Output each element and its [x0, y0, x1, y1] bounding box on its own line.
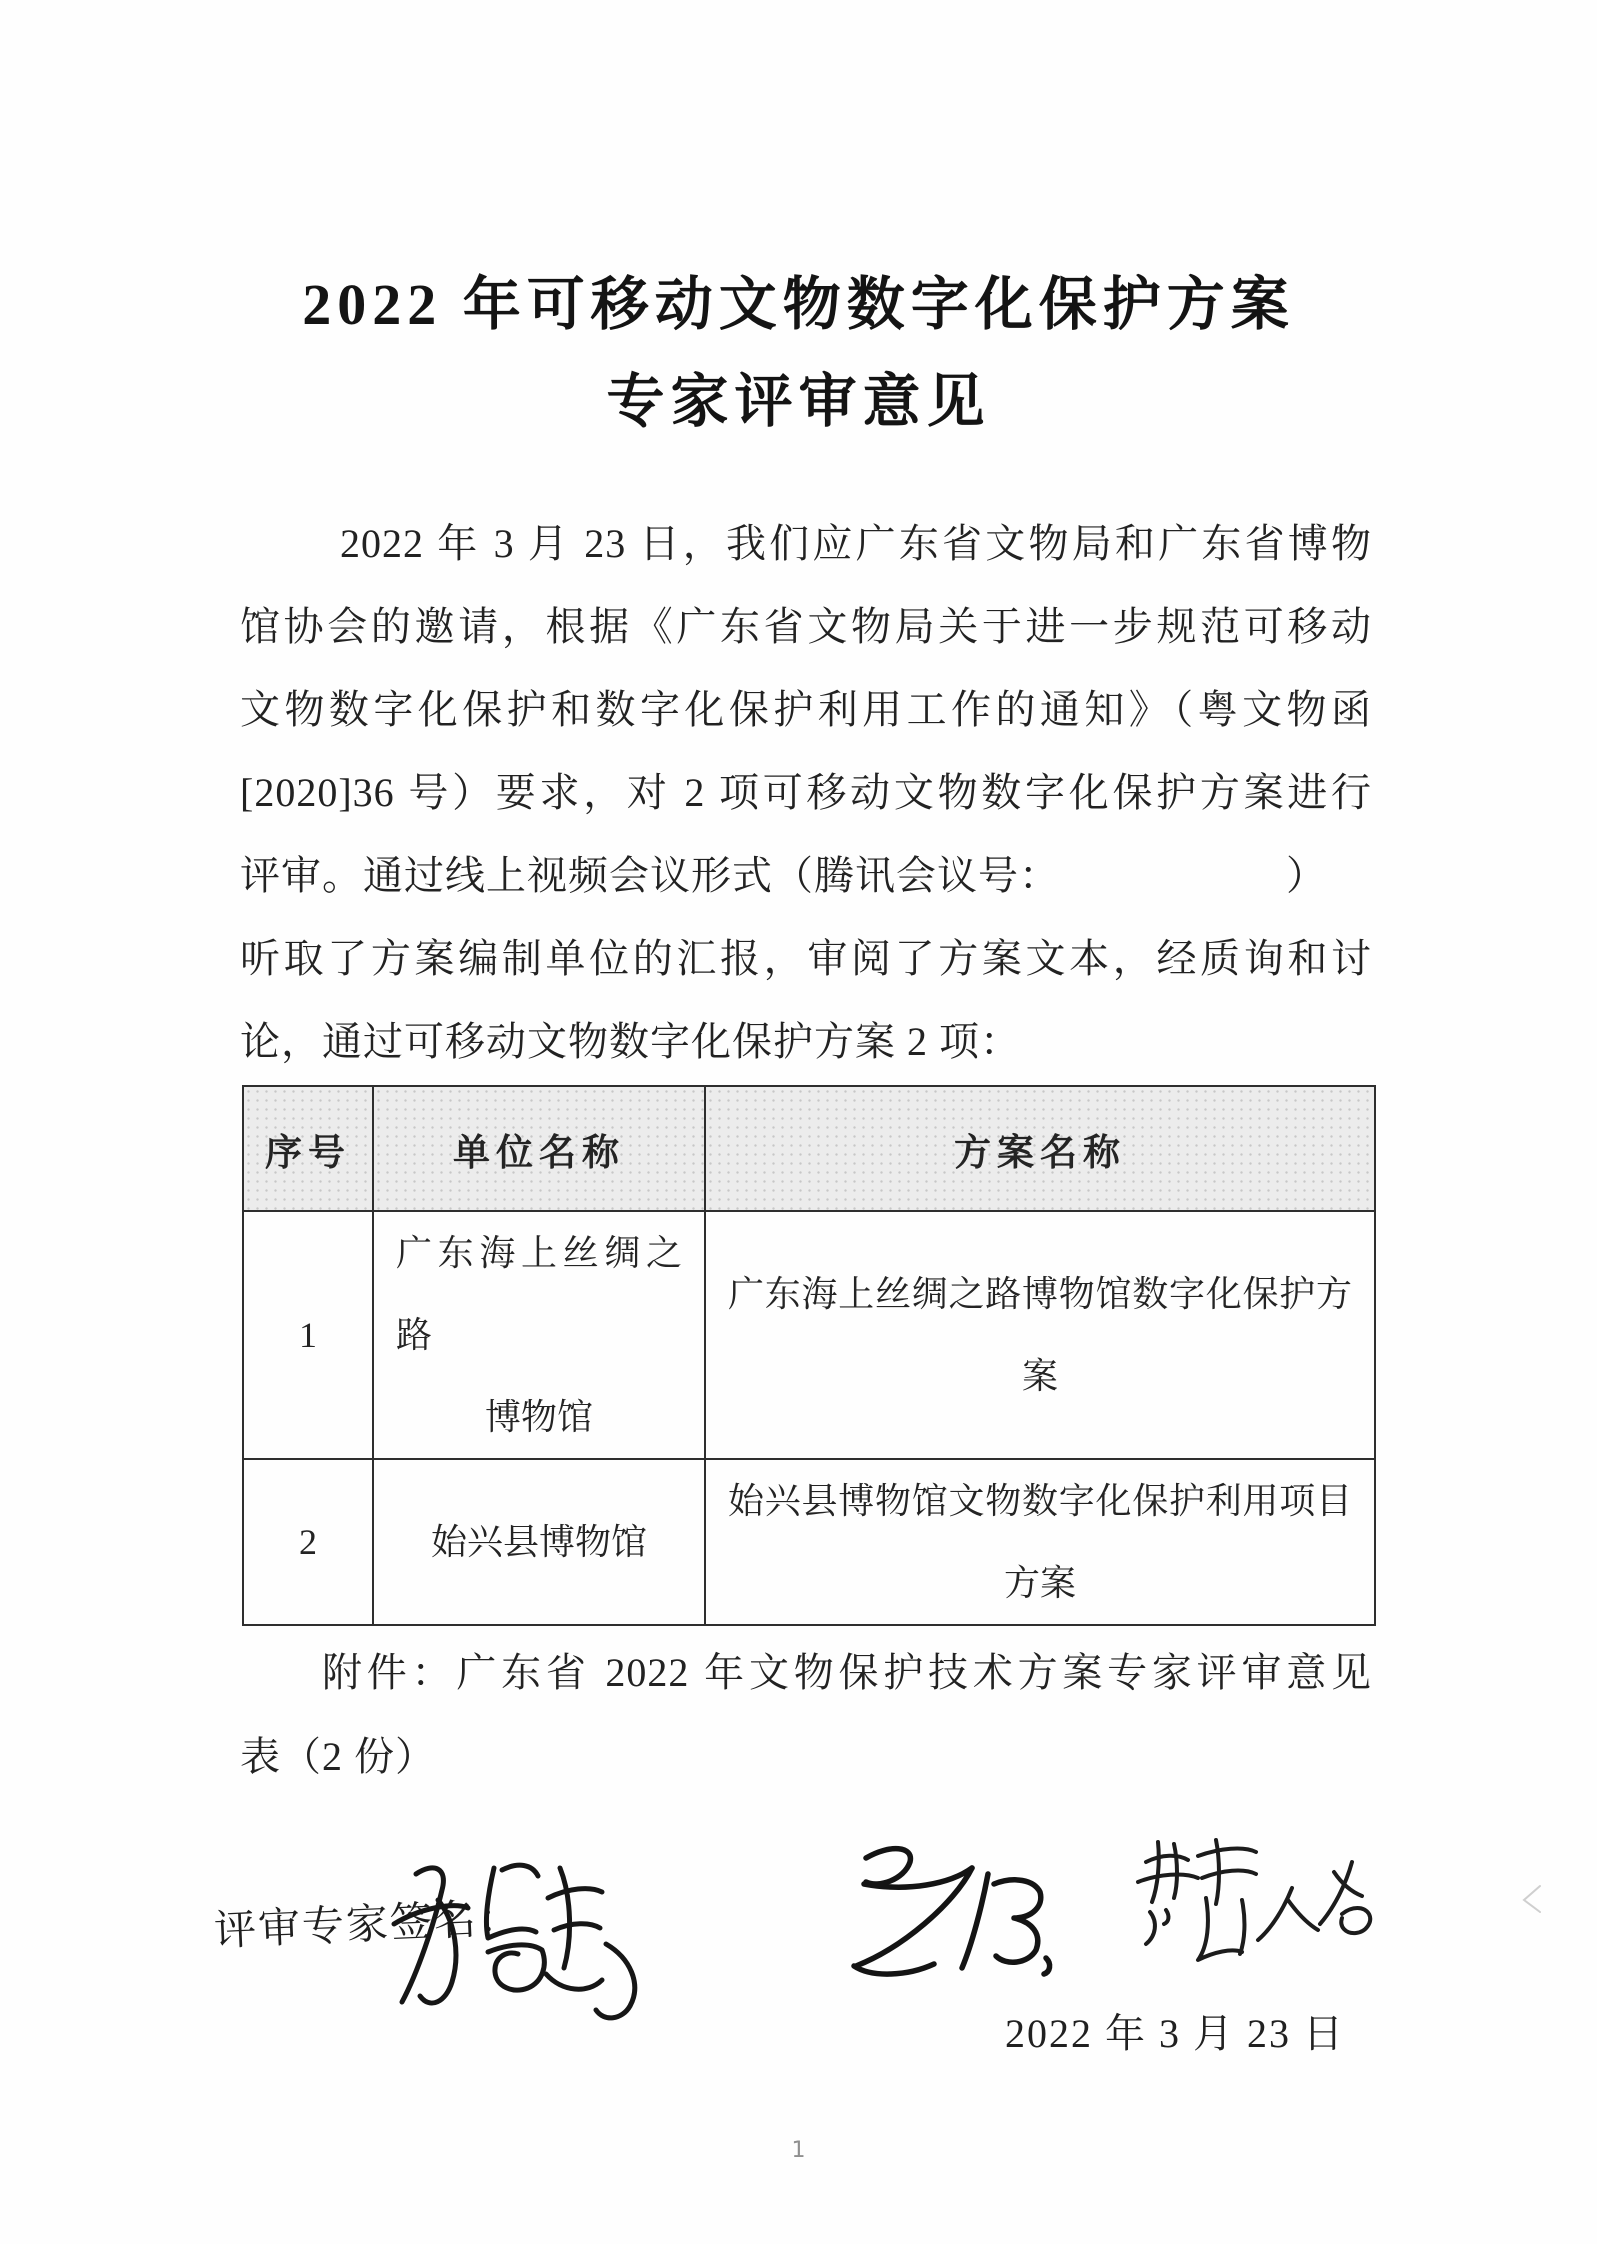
table-header-row: 序号 单位名称 方案名称 — [243, 1086, 1375, 1211]
plan-name-line: 案 — [706, 1335, 1374, 1417]
cell-row1-no: 1 — [243, 1211, 373, 1459]
attachment-line: 表（2 份） — [240, 1715, 1372, 1799]
document-page: 2022 年可移动文物数字化保护方案 专家评审意见 2022 年 3 月 23 … — [0, 0, 1597, 2244]
signature-ink-2 — [854, 1849, 1050, 1974]
plan-name-line: 方案 — [706, 1542, 1374, 1624]
page-number: 1 — [0, 2138, 1597, 2163]
body-line: 听取了方案编制单位的汇报，审阅了方案文本，经质询和讨 — [240, 917, 1372, 1000]
body-line: 馆协会的邀请，根据《广东省文物局关于进一步规范可移动 — [240, 585, 1372, 668]
title-line-1: 2022 年可移动文物数字化保护方案 — [0, 256, 1597, 353]
body-line: 评审。通过线上视频会议形式（腾讯会议号： ） — [240, 834, 1372, 917]
header-cell-no: 序号 — [243, 1086, 373, 1211]
cell-row1-plan: 广东海上丝绸之路博物馆数字化保护方 案 — [705, 1211, 1375, 1459]
body-line: 2022 年 3 月 23 日，我们应广东省文物局和广东省博物 — [240, 502, 1372, 585]
body-paragraph: 2022 年 3 月 23 日，我们应广东省文物局和广东省博物 馆协会的邀请，根… — [240, 502, 1372, 1083]
cell-row2-unit: 始兴县博物馆 — [373, 1459, 705, 1625]
title-line-2: 专家评审意见 — [0, 353, 1597, 450]
body-line: 论，通过可移动文物数字化保护方案 2 项： — [240, 1000, 1372, 1083]
cell-row1-unit: 广东海上丝绸之路 博物馆 — [373, 1211, 705, 1459]
header-cell-plan: 方案名称 — [705, 1086, 1375, 1211]
unit-name-line: 始兴县博物馆 — [374, 1501, 704, 1583]
unit-name-line: 博物馆 — [374, 1376, 704, 1458]
table-row: 1 广东海上丝绸之路 博物馆 广东海上丝绸之路博物馆数字化保护方 案 — [243, 1211, 1375, 1459]
body-line: 文物数字化保护和数字化保护利用工作的通知》（粤文物函 — [240, 668, 1372, 751]
scan-artifact — [1524, 1886, 1540, 1912]
cell-row2-no: 2 — [243, 1459, 373, 1625]
review-table: 序号 单位名称 方案名称 1 广东海上丝绸之路 博物馆 广东海上丝绸之路博物馆数… — [242, 1085, 1376, 1626]
unit-name-line: 广东海上丝绸之路 — [374, 1212, 704, 1376]
header-cell-unit: 单位名称 — [373, 1086, 705, 1211]
body-line: [2020]36 号）要求，对 2 项可移动文物数字化保护方案进行 — [240, 751, 1372, 834]
review-date: 2022 年 3 月 23 日 — [1005, 2002, 1345, 2059]
cell-row2-plan: 始兴县博物馆文物数字化保护利用项目 方案 — [705, 1459, 1375, 1625]
document-title: 2022 年可移动文物数字化保护方案 专家评审意见 — [0, 256, 1597, 450]
attachment-paragraph: 附件：广东省 2022 年文物保护技术方案专家评审意见 表（2 份） — [240, 1631, 1372, 1799]
plan-name-line: 广东海上丝绸之路博物馆数字化保护方 — [706, 1253, 1374, 1335]
signature-ink-3 — [1138, 1840, 1370, 1960]
attachment-line: 附件：广东省 2022 年文物保护技术方案专家评审意见 — [240, 1631, 1372, 1715]
plan-name-line: 始兴县博物馆文物数字化保护利用项目 — [706, 1460, 1374, 1542]
signature-label: 评审专家签名： — [213, 1885, 523, 1958]
table-row: 2 始兴县博物馆 始兴县博物馆文物数字化保护利用项目 方案 — [243, 1459, 1375, 1625]
